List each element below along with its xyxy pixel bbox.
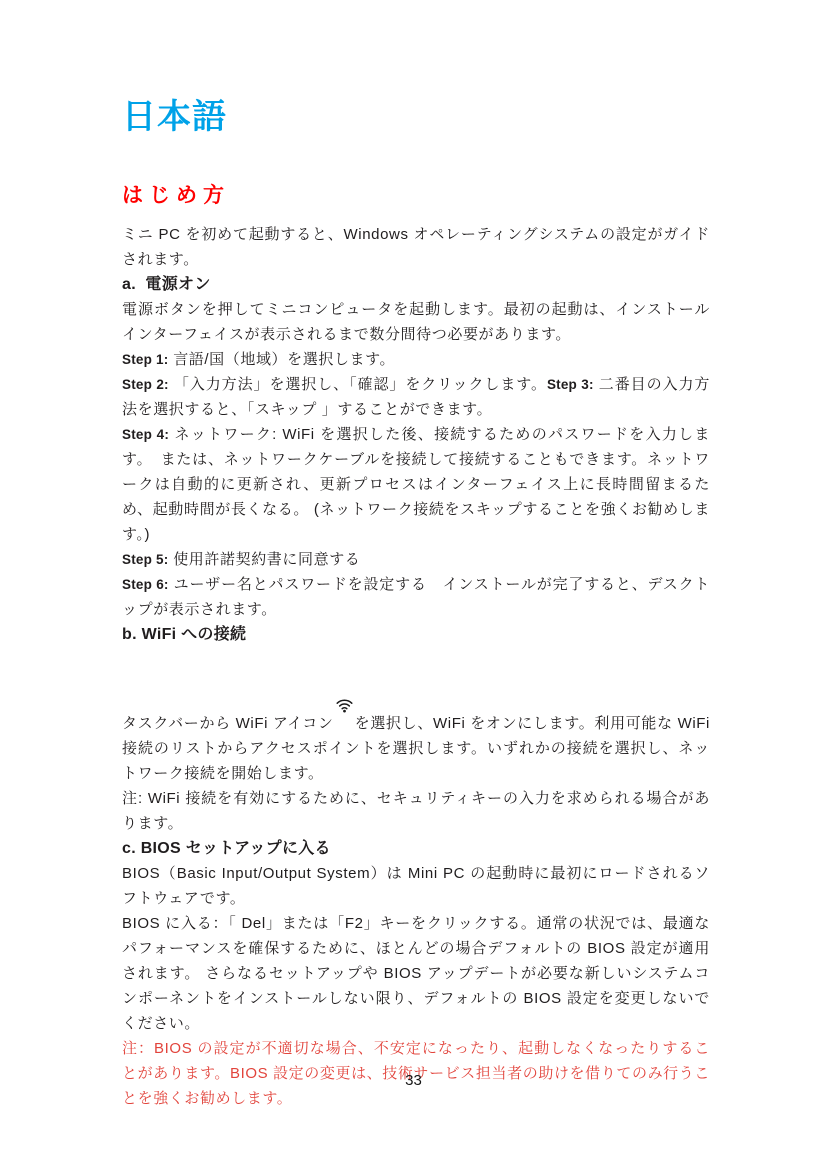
text-run: 注: WiFi 接続を有効にするために、セキュリティキーの入力を求められる場合が… — [122, 790, 710, 832]
paragraph: ミニ PC を初めて起動すると、Windows オペレーティングシステムの設定が… — [122, 222, 710, 272]
text-run: BIOS（Basic Input/Output System）は Mini PC… — [122, 865, 710, 907]
paragraph: BIOS に入る：「 Del」または「F2」キーをクリックする。通常の状況では、… — [122, 911, 710, 1036]
text-run: BIOS に入る：「 Del」または「F2」キーをクリックする。通常の状況では、… — [122, 915, 710, 1032]
text-run: ミニ PC を初めて起動すると、Windows オペレーティングシステムの設定が… — [122, 226, 710, 268]
paragraph: Step 4: ネットワーク: WiFi を選択した後、接続するためのパスワード… — [122, 422, 710, 547]
text-run: b. WiFi への接続 — [122, 626, 246, 643]
text-run: 使用許諾契約書に同意する — [168, 551, 360, 568]
step-label: Step 5: — [122, 552, 168, 567]
paragraph: 電源ボタンを押してミニコンピュータを起動します。最初の起動は、インストールインタ… — [122, 297, 710, 347]
step-label: Step 2: — [122, 377, 169, 392]
step-label: Step 4: — [122, 427, 169, 442]
page-number: 33 — [0, 1072, 827, 1089]
step-label: Step 1: — [122, 352, 168, 367]
page-content: 日本語 はじめ方 ミニ PC を初めて起動すると、Windows オペレーティン… — [122, 96, 710, 1111]
paragraph: 注: WiFi 接続を有効にするために、セキュリティキーの入力を求められる場合が… — [122, 786, 710, 836]
subsection-heading: b. WiFi への接続 — [122, 622, 710, 647]
paragraph: Step 6: ユーザー名とパスワードを設定する インストールが完了すると、デス… — [122, 572, 710, 622]
language-title: 日本語 — [122, 96, 710, 138]
document-page: 日本語 はじめ方 ミニ PC を初めて起動すると、Windows オペレーティン… — [0, 0, 827, 1165]
paragraph: タスクバーから WiFi アイコン を選択し、WiFi をオンにします。利用可能… — [122, 647, 710, 786]
body-text-block: ミニ PC を初めて起動すると、Windows オペレーティングシステムの設定が… — [122, 222, 710, 1111]
text-run: c. BIOS セットアップに入る — [122, 840, 331, 857]
wifi-icon — [335, 647, 354, 663]
paragraph: Step 5: 使用許諾契約書に同意する — [122, 547, 710, 572]
text-run: ネットワーク: WiFi を選択した後、接続するためのパスワードを入力します。 … — [122, 426, 710, 543]
text-run: 電源ボタンを押してミニコンピュータを起動します。最初の起動は、インストールインタ… — [122, 301, 710, 343]
paragraph: BIOS（Basic Input/Output System）は Mini PC… — [122, 861, 710, 911]
getting-started-heading: はじめ方 — [122, 182, 710, 210]
text-run: タスクバーから WiFi アイコン — [122, 715, 334, 732]
text-run: a. 電源オン — [122, 276, 211, 293]
step-label: Step 3: — [547, 377, 594, 392]
subsection-heading: a. 電源オン — [122, 272, 710, 297]
subsection-heading: c. BIOS セットアップに入る — [122, 836, 710, 861]
paragraph: Step 1: 言語/国（地域）を選択します。 — [122, 347, 710, 372]
text-run: 言語/国（地域）を選択します。 — [168, 351, 395, 368]
text-run: 「入力方法」を選択し、「確認」をクリックします。 — [169, 376, 547, 393]
paragraph: Step 2: 「入力方法」を選択し、「確認」をクリックします。Step 3: … — [122, 372, 710, 422]
text-run: ユーザー名とパスワードを設定する インストールが完了すると、デスクトップが表示さ… — [122, 576, 710, 618]
step-label: Step 6: — [122, 577, 169, 592]
